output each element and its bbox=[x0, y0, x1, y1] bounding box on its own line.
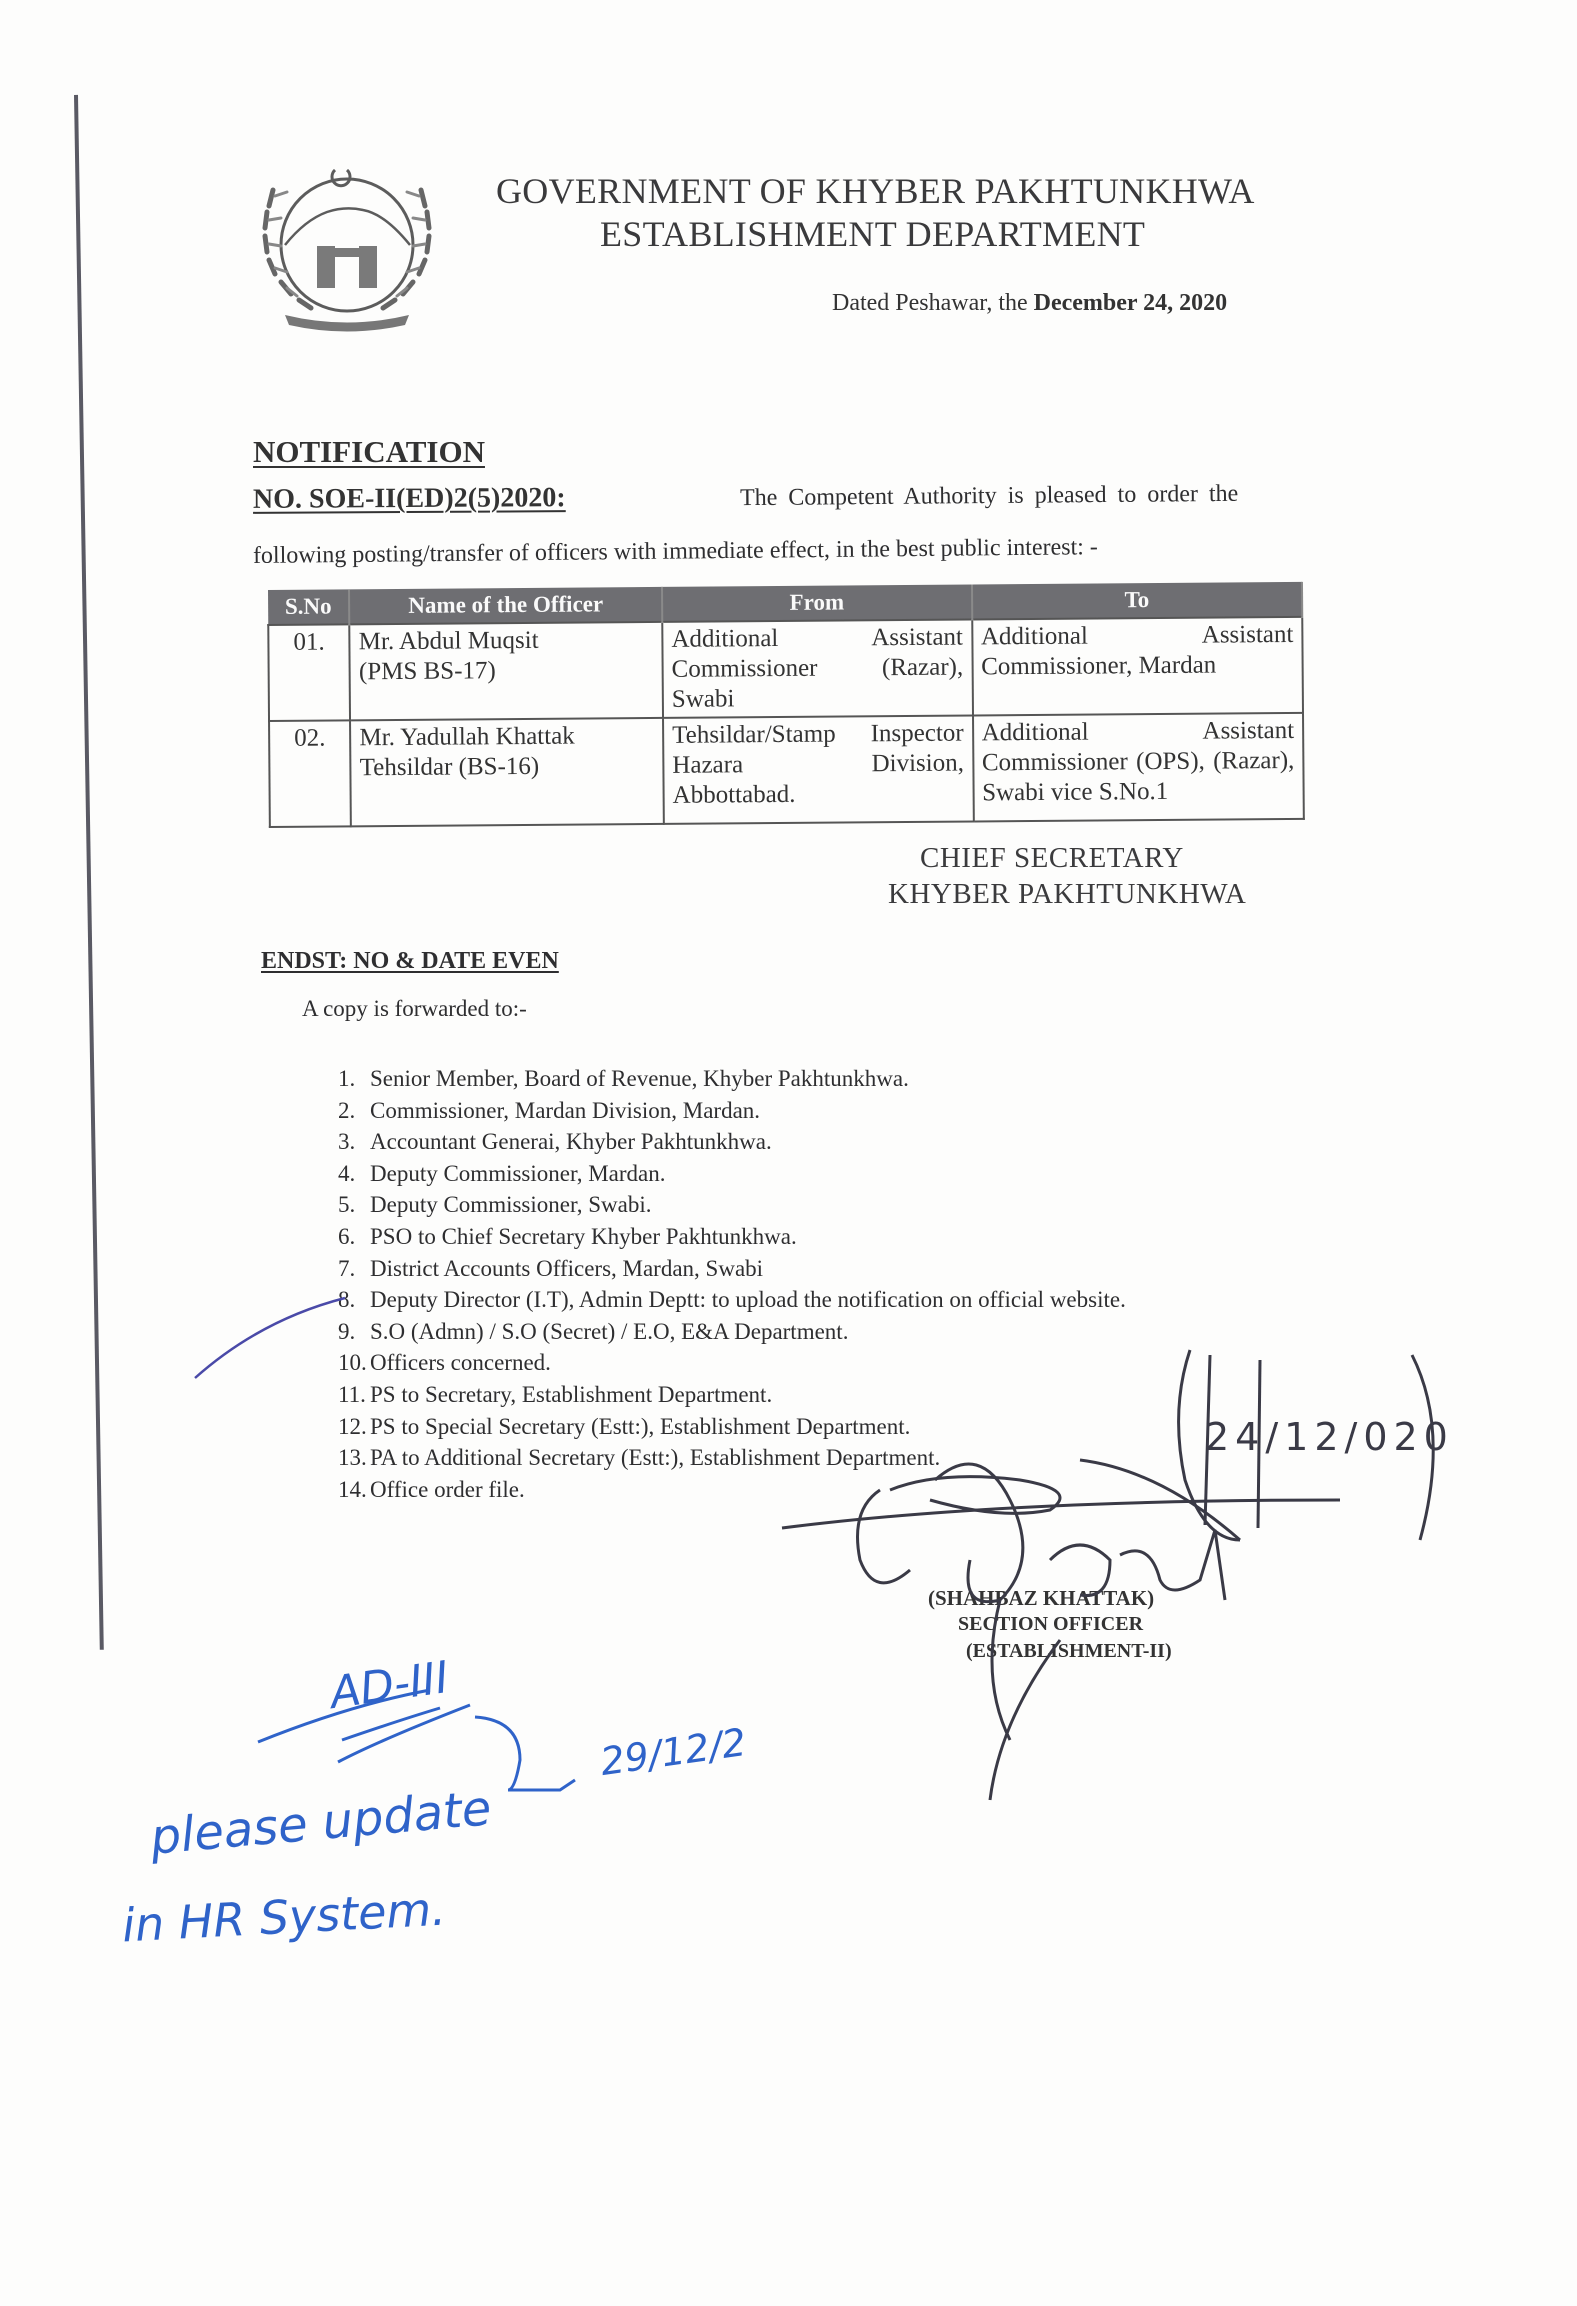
recipient-text: PSO to Chief Secretary Khyber Pakhtunkhw… bbox=[370, 1224, 797, 1249]
recipient-number: 3. bbox=[338, 1129, 370, 1155]
recipient-text: District Accounts Officers, Mardan, Swab… bbox=[370, 1256, 763, 1281]
recipient-number: 1. bbox=[338, 1066, 370, 1092]
recipient-text: Office order file. bbox=[370, 1477, 525, 1502]
recipient-number: 6. bbox=[338, 1224, 370, 1250]
recipient-text: Senior Member, Board of Revenue, Khyber … bbox=[370, 1066, 909, 1091]
notification-number: NO. SOE-II(ED)2(5)2020: bbox=[253, 482, 566, 516]
officer-name: Mr. Yadullah Khattak bbox=[359, 721, 654, 753]
recipient-text: Deputy Director (I.T), Admin Deptt: to u… bbox=[370, 1287, 1126, 1312]
recipient-item: 9.S.O (Admn) / S.O (Secret) / E.O, E&A D… bbox=[338, 1319, 1126, 1351]
section-officer-unit: (ESTABLISHMENT-II) bbox=[966, 1640, 1172, 1663]
recipient-text: PS to Secretary, Establishment Departmen… bbox=[370, 1382, 772, 1407]
recipient-item: 8.Deputy Director (I.T), Admin Deptt: to… bbox=[338, 1287, 1126, 1319]
recipient-text: Commissioner, Mardan Division, Mardan. bbox=[370, 1098, 760, 1123]
section-officer-name: (SHAHBAZ KHATTAK) bbox=[928, 1586, 1154, 1611]
cell-from: Additional Assistant Commissioner (Razar… bbox=[662, 619, 972, 717]
cell-to: Additional Assistant Commissioner (OPS),… bbox=[973, 713, 1304, 822]
recipient-number: 13. bbox=[338, 1445, 370, 1471]
department-title: ESTABLISHMENT DEPARTMENT bbox=[600, 213, 1145, 255]
recipient-item: 4.Deputy Commissioner, Mardan. bbox=[338, 1161, 1126, 1193]
officer-grade: (PMS BS-17) bbox=[359, 655, 654, 687]
dated-date: December 24, 2020 bbox=[1034, 290, 1228, 316]
margin-line bbox=[74, 95, 104, 1650]
recipient-text: PA to Additional Secretary (Estt:), Esta… bbox=[370, 1445, 940, 1470]
recipient-text: Deputy Commissioner, Mardan. bbox=[370, 1161, 666, 1186]
table-row: 02. Mr. Yadullah KhattakTehsildar (BS-16… bbox=[269, 713, 1304, 827]
recipient-number: 7. bbox=[338, 1256, 370, 1282]
recipient-text: PS to Special Secretary (Estt:), Establi… bbox=[370, 1414, 910, 1439]
col-header-sno: S.No bbox=[268, 589, 350, 625]
officer-name: Mr. Abdul Muqsit bbox=[359, 625, 654, 657]
notification-heading: NOTIFICATION bbox=[253, 434, 485, 470]
posting-transfer-table: S.No Name of the Officer From To 01. Mr.… bbox=[267, 582, 1305, 828]
intro-text-line2: following posting/transfer of officers w… bbox=[253, 534, 1098, 570]
recipient-item: 5.Deputy Commissioner, Swabi. bbox=[338, 1192, 1126, 1224]
government-emblem-icon bbox=[245, 150, 450, 335]
recipient-number: 14. bbox=[338, 1477, 370, 1503]
signatory-title: CHIEF SECRETARY bbox=[920, 842, 1184, 875]
signature-date: 24/12/020 bbox=[1205, 1415, 1454, 1459]
recipient-text: Deputy Commissioner, Swabi. bbox=[370, 1192, 651, 1217]
recipient-item: 12.PS to Special Secretary (Estt:), Esta… bbox=[338, 1414, 1126, 1446]
recipient-number: 4. bbox=[338, 1161, 370, 1187]
cell-sno: 01. bbox=[268, 624, 350, 721]
section-officer-title: SECTION OFFICER bbox=[958, 1613, 1143, 1636]
cell-officer: Mr. Abdul Muqsit(PMS BS-17) bbox=[350, 622, 663, 720]
table-row: 01. Mr. Abdul Muqsit(PMS BS-17) Addition… bbox=[268, 617, 1303, 721]
intro-text-line1: The Competent Authority is pleased to or… bbox=[740, 481, 1238, 512]
copy-forwarded-text: A copy is forwarded to:- bbox=[302, 996, 527, 1022]
recipient-item: 3.Accountant Generai, Khyber Pakhtunkhwa… bbox=[338, 1129, 1126, 1161]
recipient-text: Officers concerned. bbox=[370, 1350, 551, 1375]
signatory-province: KHYBER PAKHTUNKHWA bbox=[888, 878, 1246, 911]
officer-grade: Tehsildar (BS-16) bbox=[360, 751, 655, 783]
cell-officer: Mr. Yadullah KhattakTehsildar (BS-16) bbox=[350, 718, 664, 826]
recipient-text: Accountant Generai, Khyber Pakhtunkhwa. bbox=[370, 1129, 772, 1154]
handwritten-note-line2: in HR System. bbox=[121, 1882, 447, 1953]
recipient-number: 12. bbox=[338, 1414, 370, 1440]
col-header-from: From bbox=[662, 584, 972, 621]
recipient-item: 2.Commissioner, Mardan Division, Mardan. bbox=[338, 1098, 1126, 1130]
recipient-list: 1.Senior Member, Board of Revenue, Khybe… bbox=[338, 1066, 1126, 1508]
recipient-number: 10. bbox=[338, 1350, 370, 1376]
recipient-text: S.O (Admn) / S.O (Secret) / E.O, E&A Dep… bbox=[370, 1319, 848, 1344]
handwritten-marking: AD-III bbox=[327, 1652, 452, 1719]
dated-line: Dated Peshawar, the December 24, 2020 bbox=[832, 290, 1227, 317]
col-header-name: Name of the Officer bbox=[349, 587, 662, 624]
recipient-number: 9. bbox=[338, 1319, 370, 1345]
recipient-item: 13.PA to Additional Secretary (Estt:), E… bbox=[338, 1445, 1126, 1477]
recipient-number: 5. bbox=[338, 1192, 370, 1218]
handwritten-date: 29/12/2 bbox=[598, 1720, 749, 1784]
recipient-number: 2. bbox=[338, 1098, 370, 1124]
tick-mark-icon bbox=[195, 1298, 345, 1378]
government-title: GOVERNMENT OF KHYBER PAKHTUNKHWA bbox=[496, 170, 1255, 212]
recipient-number: 11. bbox=[338, 1382, 370, 1408]
recipient-item: 10.Officers concerned. bbox=[338, 1350, 1126, 1382]
recipient-item: 11.PS to Secretary, Establishment Depart… bbox=[338, 1382, 1126, 1414]
handwritten-note-line1: please update bbox=[148, 1780, 493, 1866]
recipient-item: 14.Office order file. bbox=[338, 1477, 1126, 1509]
cell-to: Additional Assistant Commissioner, Marda… bbox=[972, 617, 1303, 716]
recipient-item: 7.District Accounts Officers, Mardan, Sw… bbox=[338, 1256, 1126, 1288]
cell-from: Tehsildar/Stamp Inspector Hazara Divisio… bbox=[663, 715, 973, 823]
dated-prefix: Dated Peshawar, the bbox=[832, 290, 1034, 316]
recipient-item: 6.PSO to Chief Secretary Khyber Pakhtunk… bbox=[338, 1224, 1126, 1256]
cell-sno: 02. bbox=[269, 720, 351, 827]
recipient-item: 1.Senior Member, Board of Revenue, Khybe… bbox=[338, 1066, 1126, 1098]
recipient-number: 8. bbox=[338, 1287, 370, 1313]
endorsement-heading: ENDST: NO & DATE EVEN bbox=[261, 948, 559, 975]
col-header-to: To bbox=[972, 582, 1303, 620]
